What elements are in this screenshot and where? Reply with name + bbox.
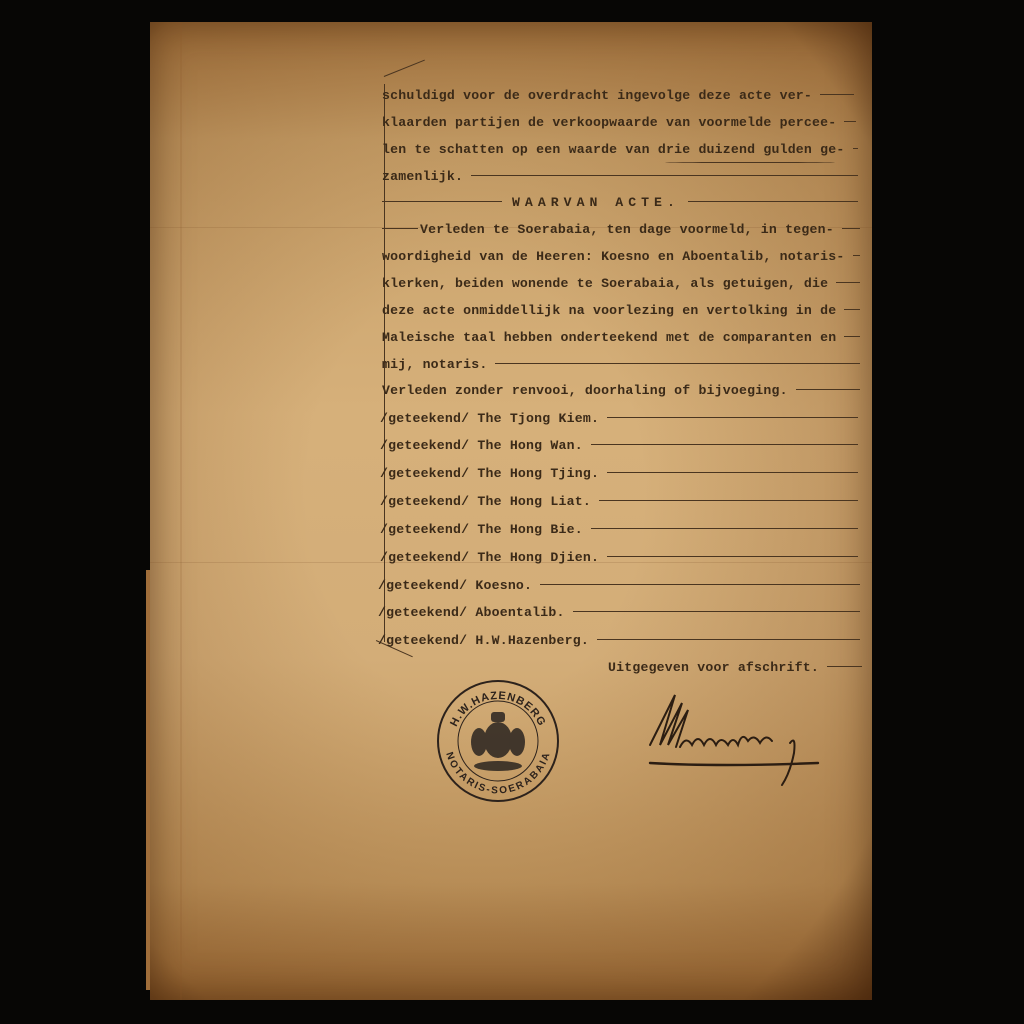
text-line: Maleische taal hebben onderteekend met d… (382, 330, 860, 345)
section-heading: WAARVAN ACTE. (382, 195, 858, 210)
text-line: klaarden partijen de verkoopwaarde van v… (382, 115, 856, 130)
signature-line: /geteekend/ H.W.Hazenberg. (378, 633, 860, 648)
text-line: klerken, beiden wonende te Soerabaia, al… (382, 276, 860, 291)
text-line: schuldigd voor de overdracht ingevolge d… (382, 88, 854, 103)
signature-line: /geteekend/ Koesno. (378, 578, 860, 593)
text-line: deze acte onmiddellijk na voorlezing en … (382, 303, 860, 318)
signature-scribble-icon (640, 685, 820, 795)
text-line: zamenlijk. (382, 169, 858, 184)
text-line: mij, notaris. (382, 357, 860, 372)
signature-line: /geteekend/ The Tjong Kiem. (380, 411, 858, 426)
text-line: woordigheid van de Heeren: Koesno en Abo… (382, 249, 860, 264)
notary-seal: H.W.HAZENBERG NOTARIS-SOERABAIA (437, 680, 559, 802)
handwritten-signature (640, 685, 820, 795)
signature-line: /geteekend/ Aboentalib. (378, 605, 860, 620)
text-line: Verleden zonder renvooi, doorhaling of b… (382, 383, 860, 398)
closing-line: Uitgegeven voor afschrift. (608, 660, 862, 675)
signature-line: /geteekend/ The Hong Djien. (380, 550, 858, 565)
signature-line: /geteekend/ The Hong Wan. (380, 438, 858, 453)
signature-line: /geteekend/ The Hong Bie. (380, 522, 858, 537)
signature-line: /geteekend/ The Hong Tjing. (380, 466, 858, 481)
text-line: len te schatten op een waarde van drie d… (382, 142, 858, 157)
text-line: Verleden te Soerabaia, ten dage voormeld… (382, 222, 860, 237)
seal-emblem-icon: H.W.HAZENBERG NOTARIS-SOERABAIA (439, 682, 557, 800)
signature-line: /geteekend/ The Hong Liat. (380, 494, 858, 509)
